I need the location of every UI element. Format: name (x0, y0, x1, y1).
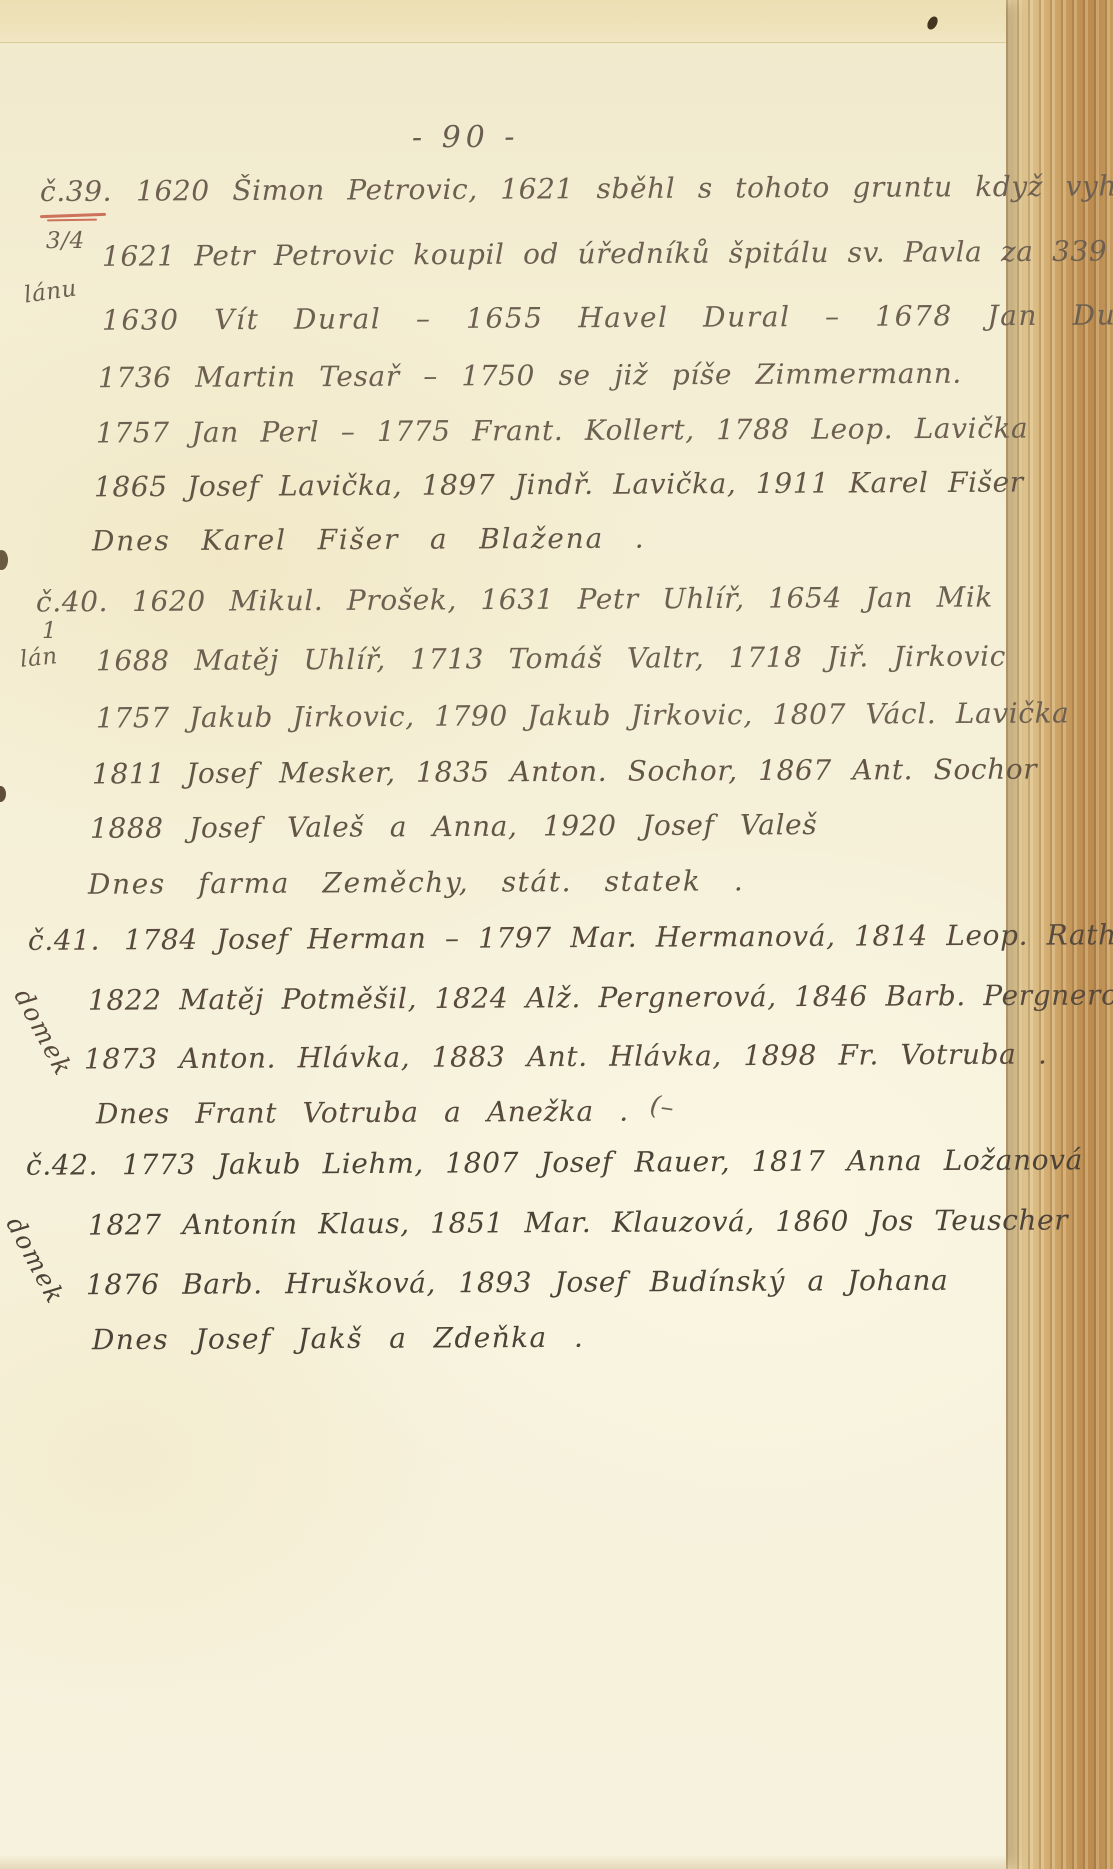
manuscript-page: - 90 - č.39.1620 Šimon Petrovic, 1621 sb… (0, 0, 1006, 1869)
entry-41-line-3: 1873 Anton. Hlávka, 1883 Ant. Hlávka, 18… (84, 1037, 1048, 1075)
entry-42-line-1: č.42.1773 Jakub Liehm, 1807 Josef Rauer,… (26, 1143, 1083, 1182)
entry-39-line-2: 1621 Petr Petrovic koupil od úředníků šp… (102, 234, 1113, 273)
entry-39-text-1: 1620 Šimon Petrovic, 1621 sběhl s tohoto… (136, 169, 1113, 208)
entry-41-margin-word: domek (8, 984, 78, 1081)
paper-hole-lower (0, 786, 6, 802)
entry-41-stray-paren: (– (648, 1090, 676, 1123)
book-photo: { "page_number": "- 90 -", "colors": { "… (0, 0, 1113, 1869)
entry-41-line-1: č.41.1784 Josef Herman – 1797 Mar. Herma… (28, 918, 1113, 957)
red-underline-stroke-1 (40, 213, 106, 218)
paper-hole-upper (0, 550, 8, 570)
entry-42-label: č.42. (26, 1148, 98, 1181)
entry-40-label: č.40. (36, 585, 108, 618)
entry-40-text-1: 1620 Mikul. Prošek, 1631 Petr Uhlíř, 165… (132, 580, 993, 618)
entry-40-margin-word: lán (19, 643, 59, 673)
entry-42-line-3: 1876 Barb. Hrušková, 1893 Josef Budínský… (86, 1264, 949, 1302)
entry-39-line-7: Dnes Karel Fišer a Blažena . (92, 522, 646, 558)
page-top-aged-band (0, 0, 1006, 43)
entry-40-line-4: 1811 Josef Mesker, 1835 Anton. Sochor, 1… (92, 753, 1037, 791)
entry-42-line-2: 1827 Antonín Klaus, 1851 Mar. Klauzová, … (88, 1203, 1068, 1241)
entry-41-line-4: Dnes Frant Votruba a Anežka . (96, 1095, 629, 1131)
entry-39-line-1: č.39.1620 Šimon Petrovic, 1621 sběhl s t… (40, 169, 1113, 208)
entry-39-line-3: 1630 Vít Dural – 1655 Havel Dural – 1678… (102, 298, 1113, 337)
entry-40-line-5: 1888 Josef Valeš a Anna, 1920 Josef Vale… (90, 808, 817, 845)
entry-39-line-5: 1757 Jan Perl – 1775 Frant. Kollert, 178… (96, 412, 1028, 450)
entry-41-label: č.41. (28, 924, 100, 957)
entry-42-text-1: 1773 Jakub Liehm, 1807 Josef Rauer, 1817… (122, 1143, 1083, 1181)
entry-40-line-1: č.40.1620 Mikul. Prošek, 1631 Petr Uhlíř… (36, 580, 993, 618)
entry-39-line-4: 1736 Martin Tesař – 1750 se již píše Zim… (98, 357, 962, 395)
page-number: - 90 - (412, 120, 520, 156)
entry-39-line-6: 1865 Josef Lavička, 1897 Jindř. Lavička,… (94, 466, 1024, 504)
entry-39-margin-fraction: 3/4 (46, 228, 85, 254)
entry-39-margin-word: lánu (22, 275, 78, 308)
entry-42-line-4: Dnes Josef Jakš a Zdeňka . (92, 1321, 584, 1357)
bottom-edge-shadow (0, 1855, 1006, 1869)
entry-42-margin-word: domek (0, 1212, 70, 1309)
entry-40-margin-number: 1 (42, 618, 57, 644)
red-underline-stroke-2 (47, 219, 97, 222)
entry-41-text-1: 1784 Josef Herman – 1797 Mar. Hermanová,… (124, 918, 1113, 956)
entry-40-line-3: 1757 Jakub Jirkovic, 1790 Jakub Jirkovic… (96, 696, 1070, 734)
entry-40-line-6: Dnes farma Zeměchy, stát. statek . (88, 864, 745, 900)
entry-41-line-2: 1822 Matěj Potměšil, 1824 Alž. Pergnerov… (88, 978, 1113, 1017)
entry-40-line-2: 1688 Matěj Uhlíř, 1713 Tomáš Valtr, 1718… (96, 640, 1006, 678)
entry-39-label: č.39. (40, 175, 112, 208)
